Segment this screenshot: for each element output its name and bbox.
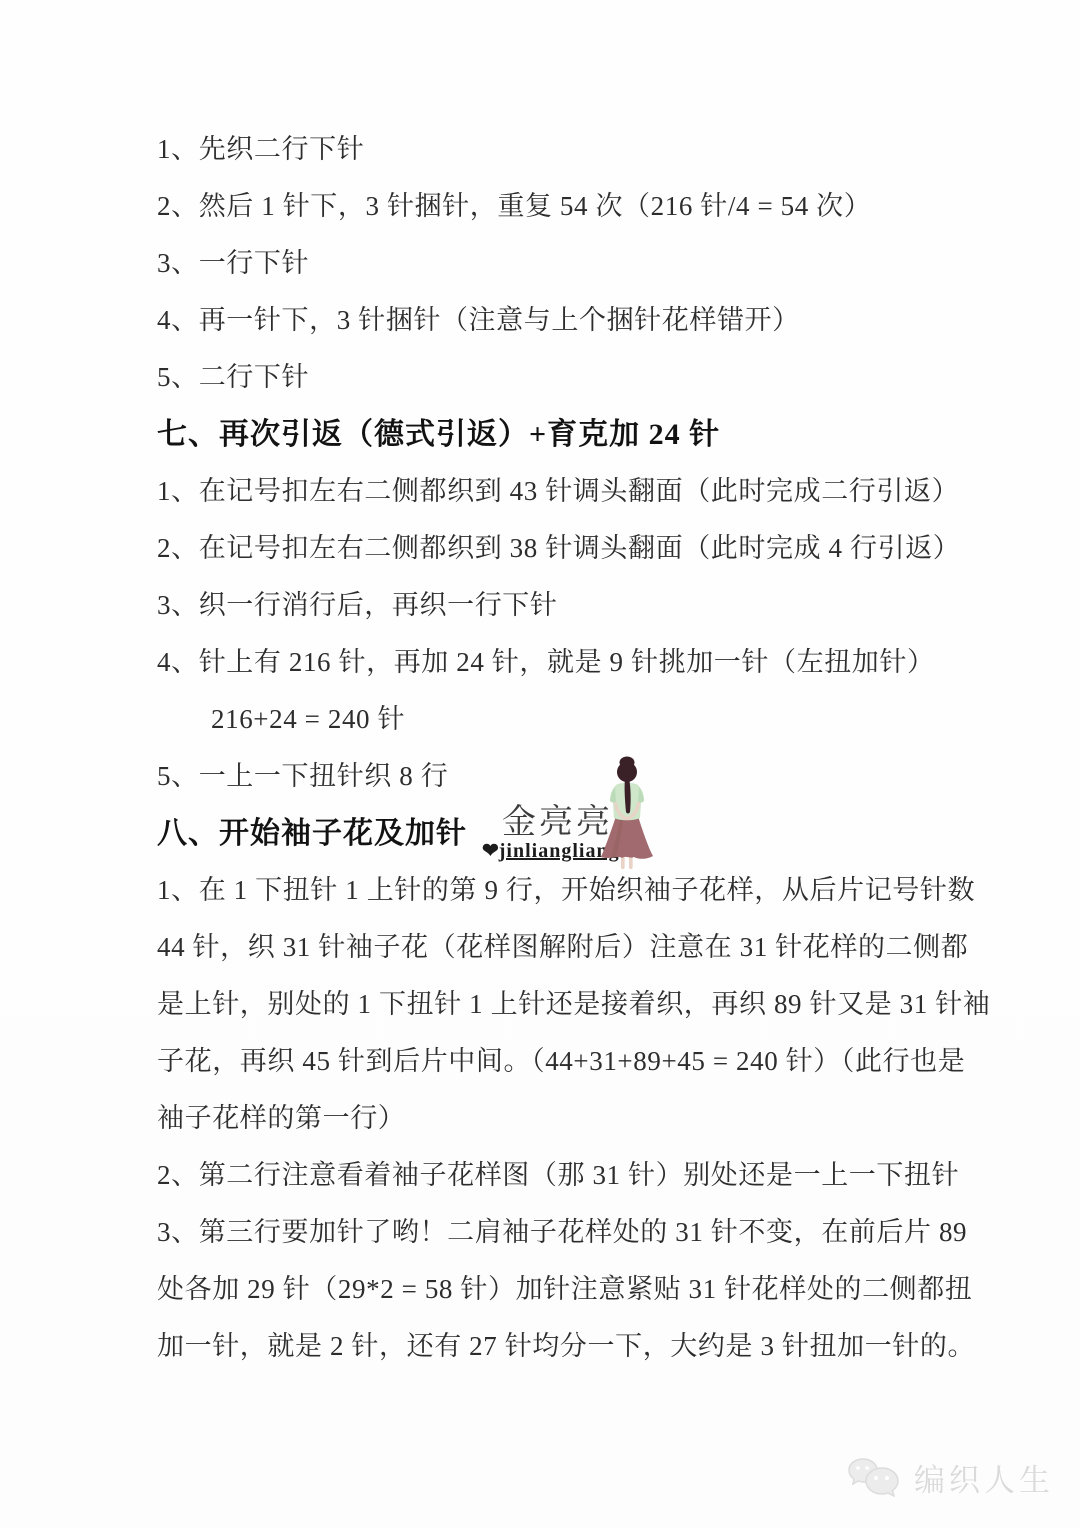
paragraph-line: 加一针，就是 2 针，还有 27 针均分一下，大约是 3 针扭加一针的。 — [157, 1318, 967, 1375]
document-page: 1、先织二行下针 2、然后 1 针下，3 针捆针，重复 54 次（216 针/4… — [0, 0, 1080, 1528]
list-item: 3、织一行消行后，再织一行下针 — [157, 577, 967, 634]
list-item: 1、在记号扣左右二侧都织到 43 针调头翻面（此时完成二行引返） — [157, 463, 967, 520]
paragraph-line: 44 针，织 31 针袖子花（花样图解附后）注意在 31 针花样的二侧都 — [157, 919, 967, 976]
paragraph-line: 3、第三行要加针了哟！二肩袖子花样处的 31 针不变，在前后片 89 — [157, 1204, 967, 1261]
paragraph-line: 袖子花样的第一行） — [157, 1090, 967, 1147]
list-item: 3、一行下针 — [157, 235, 967, 292]
list-item: 2、在记号扣左右二侧都织到 38 针调头翻面（此时完成 4 行引返） — [157, 520, 967, 577]
paragraph-line: 是上针，别处的 1 下扭针 1 上针还是接着织，再织 89 针又是 31 针袖 — [157, 976, 967, 1033]
paragraph-line: 2、第二行注意看着袖子花样图（那 31 针）别处还是一上一下扭针 — [157, 1147, 967, 1204]
paragraph-line: 子花，再织 45 针到后片中间。（44+31+89+45 = 240 针）（此行… — [157, 1033, 967, 1090]
chat-bubbles-icon — [846, 1456, 904, 1500]
heart-icon: ❤ — [482, 840, 499, 862]
brand-watermark: 编织人生 — [846, 1455, 1054, 1500]
list-item: 1、先织二行下针 — [157, 121, 967, 178]
list-item: 5、二行下针 — [157, 349, 967, 406]
formula-line: 216+24 = 240 针 — [157, 691, 967, 748]
section-heading-seven: 七、再次引返（德式引返）+育克加 24 针 — [157, 406, 967, 463]
document-body: 1、先织二行下针 2、然后 1 针下，3 针捆针，重复 54 次（216 针/4… — [157, 121, 967, 1375]
author-watermark: 金亮亮 ❤jinliangliang — [480, 756, 670, 872]
list-item: 4、针上有 216 针，再加 24 针，就是 9 针挑加一针（左扭加针） — [157, 634, 967, 691]
list-item: 4、再一针下，3 针捆针（注意与上个捆针花样错开） — [157, 292, 967, 349]
girl-illustration — [596, 756, 658, 870]
list-item: 2、然后 1 针下，3 针捆针，重复 54 次（216 针/4 = 54 次） — [157, 178, 967, 235]
paragraph-line: 处各加 29 针（29*2 = 58 针）加针注意紧贴 31 针花样处的二侧都扭 — [157, 1261, 967, 1318]
brand-name: 编织人生 — [914, 1455, 1054, 1500]
